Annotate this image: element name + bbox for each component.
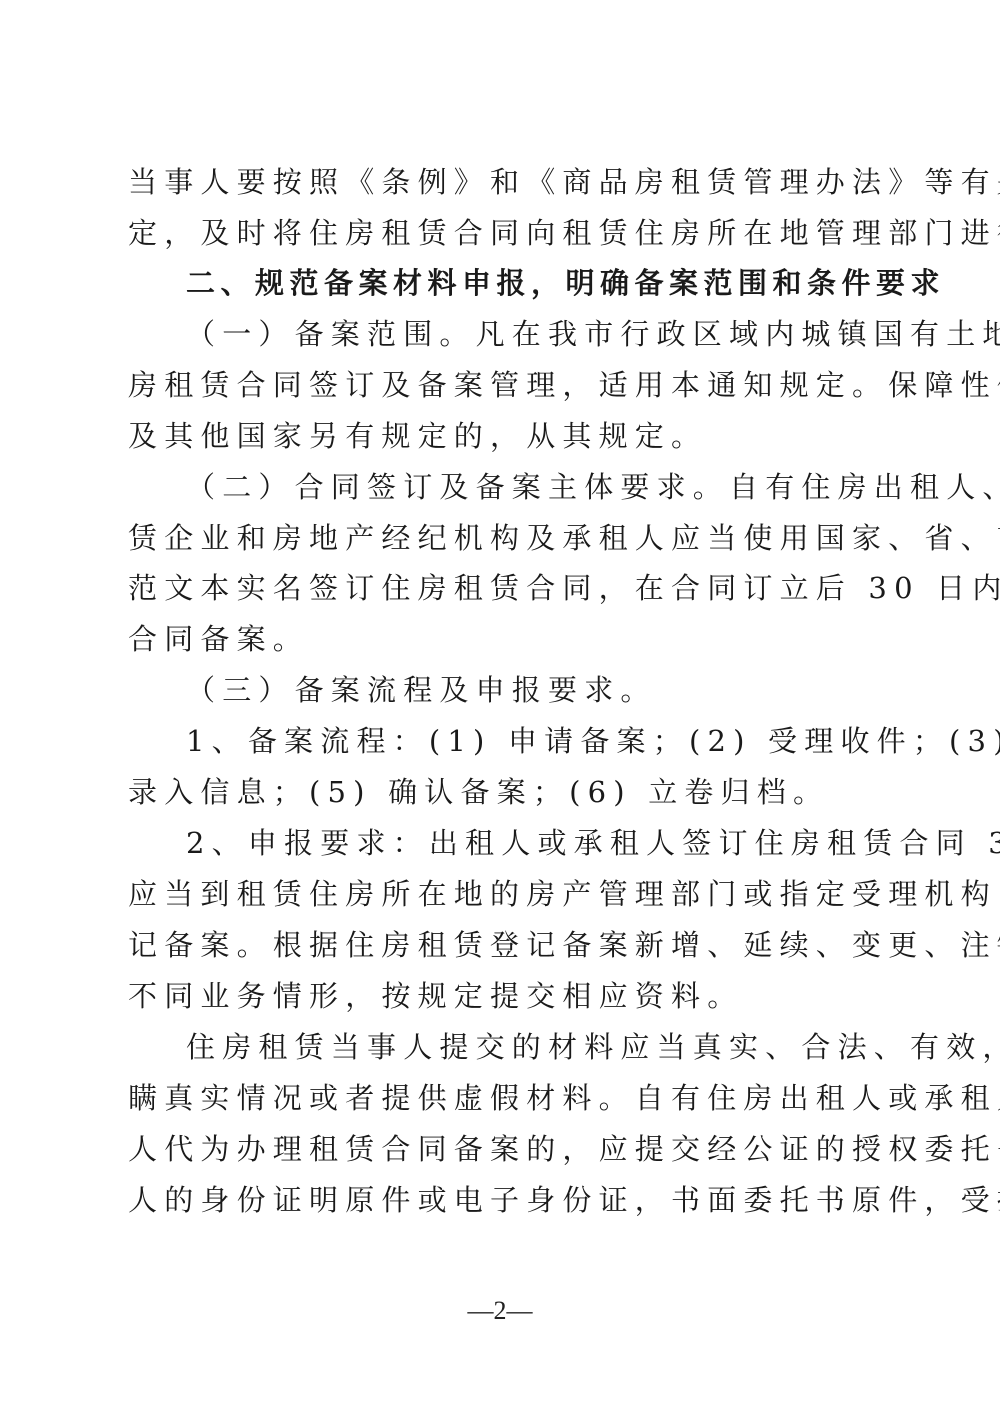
body-line: 房租赁合同签订及备案管理，适用本通知规定。保障性住房租赁	[128, 365, 870, 405]
body-line: 当事人要按照《条例》和《商品房租赁管理办法》等有关法规规	[128, 162, 870, 202]
page-number: —2—	[0, 1296, 1000, 1326]
body-line: 1、备案流程：(1) 申请备案；(2) 受理收件；(3) 核验资料；(4)	[186, 721, 870, 761]
body-line: 范文本实名签订住房租赁合同，在合同订立后 30 日内办理租赁	[128, 568, 870, 608]
body-line: 住房租赁当事人提交的材料应当真实、合法、有效，不得隐	[186, 1027, 870, 1067]
subsection-line: （二）合同签订及备案主体要求。自有住房出租人、住房租	[186, 467, 870, 507]
body-line: 录入信息；(5) 确认备案；(6) 立卷归档。	[128, 772, 870, 812]
body-line: 瞒真实情况或者提供虚假材料。自有住房出租人或承租人委托他	[128, 1078, 870, 1118]
subsection-line: （三）备案流程及申报要求。	[186, 670, 870, 710]
subsection-line: （一）备案范围。凡在我市行政区域内城镇国有土地上的住	[186, 314, 870, 354]
body-line: 记备案。根据住房租赁登记备案新增、延续、变更、注销等几种	[128, 925, 870, 965]
body-line: 人代为办理租赁合同备案的，应提交经公证的授权委托书和代理	[128, 1129, 870, 1169]
body-line: 定，及时将住房租赁合同向租赁住房所在地管理部门进行备案。	[128, 213, 870, 253]
document-page: 当事人要按照《条例》和《商品房租赁管理办法》等有关法规规 定，及时将住房租赁合同…	[0, 0, 1000, 1414]
body-line: 人的身份证明原件或电子身份证，书面委托书原件，受托人身份	[128, 1180, 870, 1220]
body-line: 合同备案。	[128, 619, 870, 659]
body-line: 及其他国家另有规定的，从其规定。	[128, 416, 870, 456]
section-heading: 二、规范备案材料申报，明确备案范围和条件要求	[186, 263, 928, 303]
body-line: 赁企业和房地产经纪机构及承租人应当使用国家、省、市统一示	[128, 518, 870, 558]
body-line: 不同业务情形，按规定提交相应资料。	[128, 976, 870, 1016]
body-line: 2、申报要求：出租人或承租人签订住房租赁合同 30 日内，	[186, 823, 870, 863]
body-line: 应当到租赁住房所在地的房产管理部门或指定受理机构申请登	[128, 874, 870, 914]
